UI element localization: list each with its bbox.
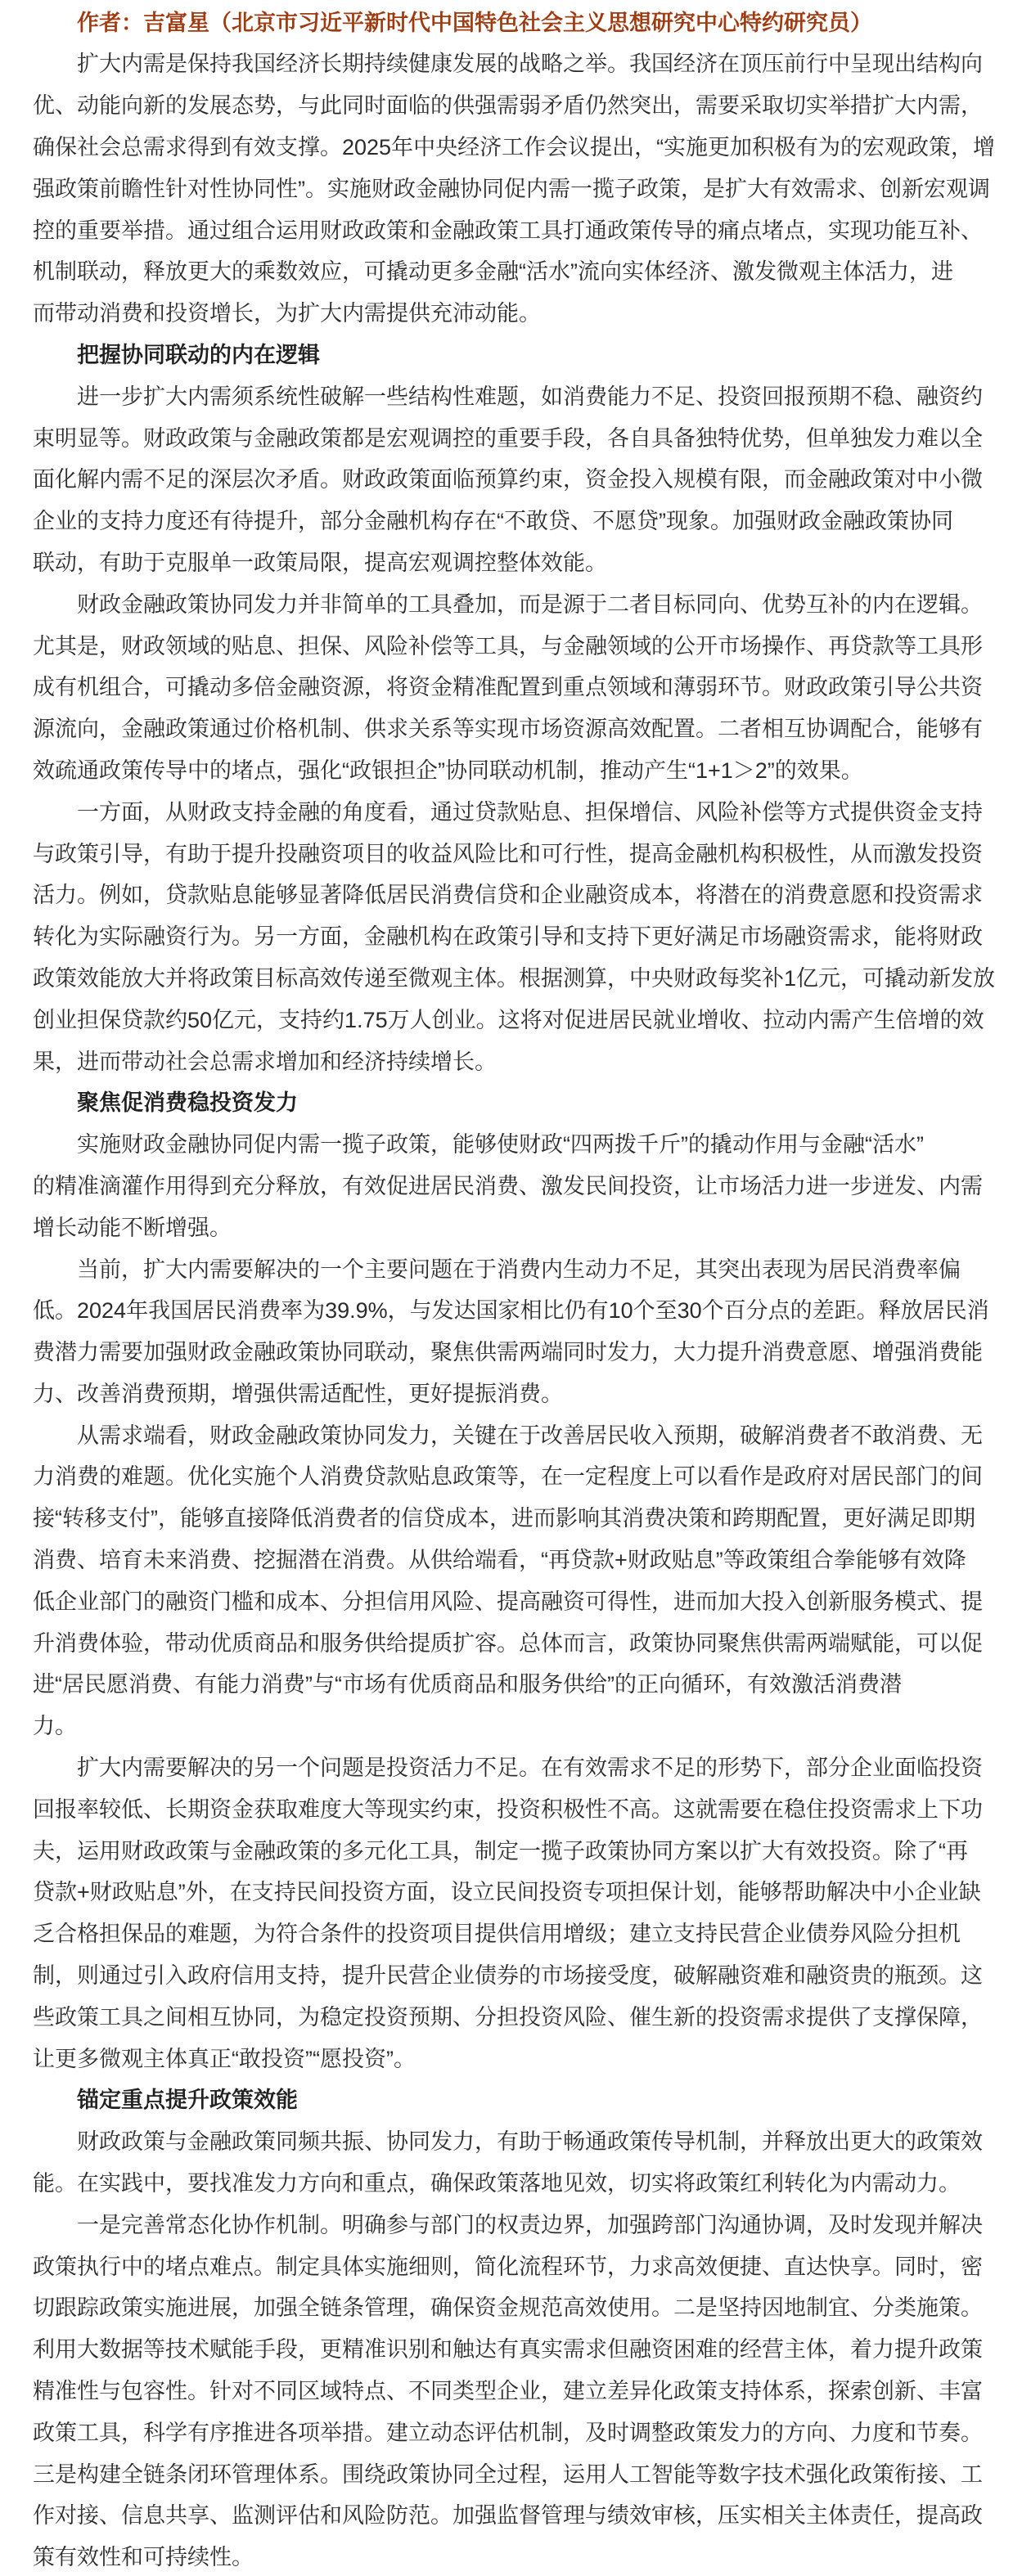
paragraph-line: 与政策引导，有助于提升投融资项目的收益风险比和可行性，提高金融机构积极性，从而激…	[33, 834, 1031, 875]
paragraph-line: 费潜力需要加强财政金融政策协同联动，聚焦供需两端同时发力，大力提升消费意愿、增强…	[33, 1332, 1031, 1373]
paragraph-line: 利用大数据等技术赋能手段，更精准识别和触达有真实需求但融资困难的经营主体，着力提…	[33, 2329, 1031, 2371]
paragraph-line: 成有机组合，可撬动多倍金融资源，将资金精准配置到重点领域和薄弱环节。财政政策引导…	[33, 667, 1031, 708]
paragraph-line: 能。在实践中，要找准发力方向和重点，确保政策落地见效，切实将政策红利转化为内需动…	[33, 2163, 1031, 2205]
paragraph-line: 扩大内需要解决的另一个问题是投资活力不足。在有效需求不足的形势下，部分企业面临投…	[33, 1747, 1031, 1789]
paragraph-line: 创业担保贷款约50亿元，支持约1.75万人创业。这将对促进居民就业增收、拉动内需…	[33, 1000, 1031, 1041]
paragraph-line: 扩大内需是保持我国经济长期持续健康发展的战略之举。我国经济在顶压前行中呈现出结构…	[33, 43, 1031, 85]
paragraph-line: 控的重要举措。通过组合运用财政政策和金融政策工具打通政策传导的痛点堵点，实现功能…	[33, 210, 1031, 252]
paragraph-line: 回报率较低、长期资金获取难度大等现实约束，投资积极性不高。这就需要在稳住投资需求…	[33, 1789, 1031, 1831]
paragraph-line: 些政策工具之间相互协同，为稳定投资预期、分担投资风险、催生新的投资需求提供了支撑…	[33, 1997, 1031, 2039]
paragraph-line: 切跟踪政策实施进展，加强全链条管理，确保资金规范高效使用。二是坚持因地制宜、分类…	[33, 2287, 1031, 2329]
paragraph-line: 升消费体验，带动优质商品和服务供给提质扩容。总体而言，政策协同聚焦供需两端赋能，…	[33, 1623, 1031, 1665]
paragraph-line: 企业的支持力度还有待提升，部分金融机构存在“不敢贷、不愿贷”现象。加强财政金融政…	[33, 501, 1031, 542]
paragraph-line: 活力。例如，贷款贴息能够显著降低居民消费信贷和企业融资成本，将潜在的消费意愿和投…	[33, 874, 1031, 916]
paragraph-line: 政策执行中的堵点难点。制定具体实施细则，简化流程环节，力求高效便捷、直达快享。同…	[33, 2246, 1031, 2288]
paragraph: 实施财政金融协同促内需一揽子政策，能够使财政“四两拨千斤”的撬动作用与金融“活水…	[33, 1124, 1031, 1248]
paragraph-line: 贷款+财政贴息”外，在支持民间投资方面，设立民间投资专项担保计划，能够帮助解决中…	[33, 1872, 1031, 1913]
paragraph-line: 优、动能向新的发展态势，与此同时面临的供强需弱矛盾仍然突出，需要采取切实举措扩大…	[33, 85, 1031, 127]
paragraph-line: 一是完善常态化协作机制。明确参与部门的权责边界，加强跨部门沟通协调，及时发现并解…	[33, 2205, 1031, 2246]
paragraph-line: 束明显等。财政政策与金融政策都是宏观调控的重要手段，各自具备独特优势，但单独发力…	[33, 418, 1031, 460]
paragraph: 财政政策与金融政策同频共振、协同发力，有助于畅通政策传导机制，并释放出更大的政策…	[33, 2121, 1031, 2205]
section-heading-policy-effectiveness: 锚定重点提升政策效能	[33, 2079, 1031, 2121]
paragraph-line: 政策效能放大并将政策目标高效传递至微观主体。根据测算，中央财政每奖补1亿元，可撬…	[33, 958, 1031, 1000]
paragraph-line: 联动，有助于克服单一政策局限，提高宏观调控整体效能。	[33, 542, 1031, 584]
paragraph: 进一步扩大内需须系统性破解一些结构性难题，如消费能力不足、投资回报预期不稳、融资…	[33, 376, 1031, 584]
paragraph-line: 作对接、信息共享、监测评估和风险防范。加强监督管理与绩效审核，压实相关主体责任，…	[33, 2495, 1031, 2537]
paragraph-line: 力消费的难题。优化实施个人消费贷款贴息政策等，在一定程度上可以看作是政府对居民部…	[33, 1456, 1031, 1498]
paragraph-line: 乏合格担保品的难题，为符合条件的投资项目提供信用增级；建立支持民营企业债券风险分…	[33, 1913, 1031, 1955]
paragraph-intro: 扩大内需是保持我国经济长期持续健康发展的战略之举。我国经济在顶压前行中呈现出结构…	[33, 43, 1031, 335]
paragraph-line: 的精准滴灌作用得到充分释放，有效促进居民消费、激发民间投资，让市场活力进一步迸发…	[33, 1166, 1031, 1207]
paragraph-line: 制，则通过引入政府信用支持，提升民营企业债券的市场接受度，破解融资难和融资贵的瓶…	[33, 1955, 1031, 1997]
paragraph-line: 实施财政金融协同促内需一揽子政策，能够使财政“四两拨千斤”的撬动作用与金融“活水…	[33, 1124, 1031, 1166]
paragraph-line: 尤其是，财政领域的贴息、担保、风险补偿等工具，与金融领域的公开市场操作、再贷款等…	[33, 626, 1031, 668]
paragraph-line: 三是构建全链条闭环管理体系。围绕政策协同全过程，运用人工智能等数字技术强化政策衔…	[33, 2454, 1031, 2496]
paragraph-line: 进一步扩大内需须系统性破解一些结构性难题，如消费能力不足、投资回报预期不稳、融资…	[33, 376, 1031, 418]
paragraph: 一是完善常态化协作机制。明确参与部门的权责边界，加强跨部门沟通协调，及时发现并解…	[33, 2205, 1031, 2576]
paragraph: 财政金融政策协同发力并非简单的工具叠加，而是源于二者目标同向、优势互补的内在逻辑…	[33, 584, 1031, 792]
paragraph-line: 低。2024年我国居民消费率为39.9%，与发达国家相比仍有10个至30个百分点…	[33, 1290, 1031, 1332]
paragraph-line: 效疏通政策传导中的堵点，强化“政银担企”协同联动机制，推动产生“1+1＞2”的效…	[33, 750, 1031, 792]
paragraph-line: 力。	[33, 1706, 1031, 1747]
paragraph: 从需求端看，财政金融政策协同发力，关键在于改善居民收入预期，破解消费者不敢消费、…	[33, 1415, 1031, 1747]
paragraph-line: 增长动能不断增强。	[33, 1207, 1031, 1249]
paragraph-line: 一方面，从财政支持金融的角度看，通过贷款贴息、担保增信、风险补偿等方式提供资金支…	[33, 792, 1031, 834]
paragraph-line: 低企业部门的融资门槛和成本、分担信用风险、提高融资可得性，进而加大投入创新服务模…	[33, 1581, 1031, 1623]
paragraph-line: 而带动消费和投资增长，为扩大内需提供充沛动能。	[33, 293, 1031, 335]
paragraph-line: 源流向，金融政策通过价格机制、供求关系等实现市场资源高效配置。二者相互协调配合，…	[33, 708, 1031, 750]
paragraph-line: 转化为实际融资行为。另一方面，金融机构在政策引导和支持下更好满足市场融资需求，能…	[33, 916, 1031, 958]
article-page: 作者：吉富星（北京市习近平新时代中国特色社会主义思想研究中心特约研究员） 扩大内…	[0, 0, 1031, 2576]
paragraph-line: 从需求端看，财政金融政策协同发力，关键在于改善居民收入预期，破解消费者不敢消费、…	[33, 1415, 1031, 1457]
section-heading-consumption-investment: 聚焦促消费稳投资发力	[33, 1082, 1031, 1124]
paragraph-line: 机制联动，释放更大的乘数效应，可撬动更多金融“活水”流向实体经济、激发微观主体活…	[33, 251, 1031, 293]
paragraph-line: 精准性与包容性。针对不同区域特点、不同类型企业，建立差异化政策支持体系，探索创新…	[33, 2371, 1031, 2412]
paragraph-line: 接“转移支付”，能够直接降低消费者的信贷成本，进而影响其消费决策和跨期配置，更好…	[33, 1498, 1031, 1540]
paragraph-line: 消费、培育未来消费、挖掘潜在消费。从供给端看，“再贷款+财政贴息”等政策组合拳能…	[33, 1540, 1031, 1581]
paragraph-line: 强政策前瞻性针对性协同性”。实施财政金融协同促内需一揽子政策，是扩大有效需求、创…	[33, 169, 1031, 210]
paragraph-line: 进“居民愿消费、有能力消费”与“市场有优质商品和服务供给”的正向循环，有效激活消…	[33, 1664, 1031, 1706]
paragraph-line: 让更多微观主体真正“敢投资”“愿投资”。	[33, 2039, 1031, 2080]
paragraph-line: 确保社会总需求得到有效支撑。2025年中央经济工作会议提出，“实施更加积极有为的…	[33, 127, 1031, 169]
author-byline: 作者：吉富星（北京市习近平新时代中国特色社会主义思想研究中心特约研究员）	[33, 2, 1031, 44]
section-heading-logic: 把握协同联动的内在逻辑	[33, 335, 1031, 376]
paragraph-line: 财政政策与金融政策同频共振、协同发力，有助于畅通政策传导机制，并释放出更大的政策…	[33, 2121, 1031, 2163]
paragraph-line: 财政金融政策协同发力并非简单的工具叠加，而是源于二者目标同向、优势互补的内在逻辑…	[33, 584, 1031, 626]
paragraph-line: 政策工具，科学有序推进各项举措。建立动态评估机制，及时调整政策发力的方向、力度和…	[33, 2412, 1031, 2454]
paragraph-line: 当前，扩大内需要解决的一个主要问题在于消费内生动力不足，其突出表现为居民消费率偏	[33, 1249, 1031, 1291]
paragraph-line: 力、改善消费预期，增强供需适配性，更好提振消费。	[33, 1373, 1031, 1415]
paragraph: 一方面，从财政支持金融的角度看，通过贷款贴息、担保增信、风险补偿等方式提供资金支…	[33, 792, 1031, 1083]
paragraph-line: 夫，运用财政政策与金融政策的多元化工具，制定一揽子政策协同方案以扩大有效投资。除…	[33, 1831, 1031, 1872]
paragraph-line: 策有效性和可持续性。	[33, 2537, 1031, 2576]
paragraph-line: 果，进而带动社会总需求增加和经济持续增长。	[33, 1041, 1031, 1083]
paragraph: 当前，扩大内需要解决的一个主要问题在于消费内生动力不足，其突出表现为居民消费率偏…	[33, 1249, 1031, 1415]
paragraph-line: 面化解内需不足的深层次矛盾。财政政策面临预算约束，资金投入规模有限，而金融政策对…	[33, 459, 1031, 501]
paragraph: 扩大内需要解决的另一个问题是投资活力不足。在有效需求不足的形势下，部分企业面临投…	[33, 1747, 1031, 2079]
